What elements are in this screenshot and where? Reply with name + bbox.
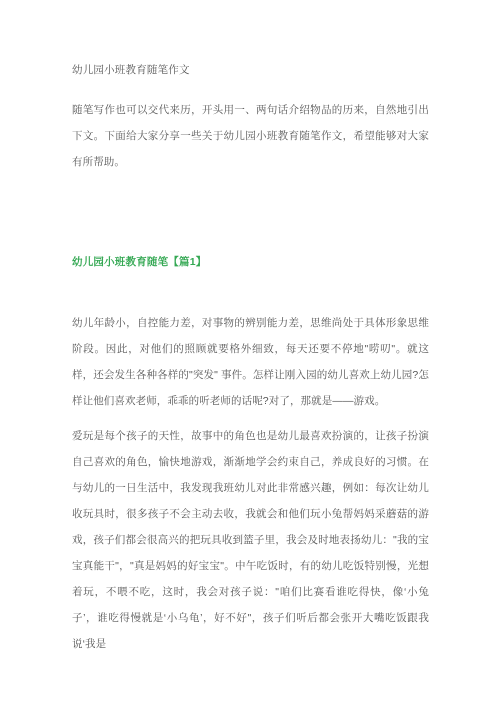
- body-paragraph-1: 幼儿年龄小，自控能力差，对事物的辨别能力差，思维尚处于具体形象思维阶段。因此，对…: [72, 310, 429, 414]
- body-paragraph-2: 爱玩是每个孩子的天性，故事中的角色也是幼儿最喜欢扮演的，让孩子扮演自己喜欢的角色…: [72, 423, 429, 657]
- document-page: 幼儿园小班教育随笔作文 随笔写作也可以交代来历，开头用一、两句话介绍物品的历来，…: [0, 0, 500, 707]
- section-heading-part1: 幼儿园小班教育随笔【篇1】: [72, 249, 429, 275]
- intro-paragraph: 随笔写作也可以交代来历，开头用一、两句话介绍物品的历来，自然地引出下文。下面给大…: [72, 97, 429, 175]
- document-title: 幼儿园小班教育随笔作文: [72, 57, 429, 83]
